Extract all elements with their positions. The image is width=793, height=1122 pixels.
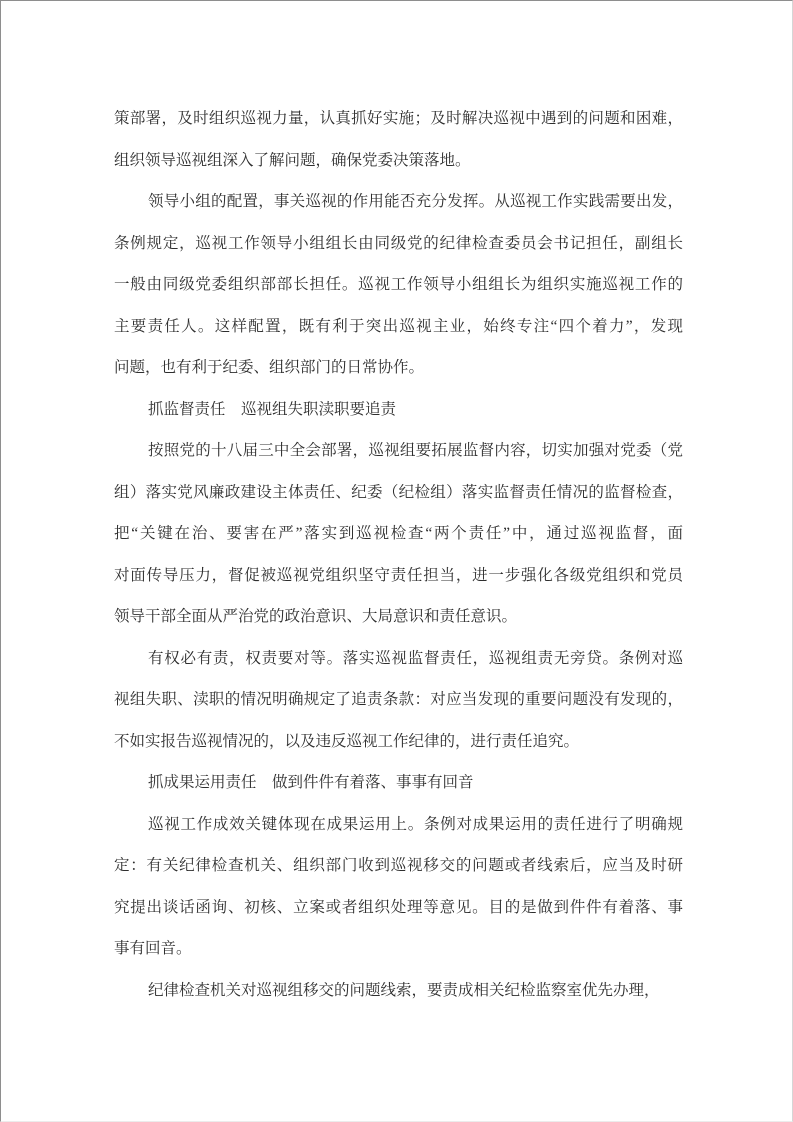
paragraph: 策部署，及时组织巡视力量，认真抓好实施；及时解决巡视中遇到的问题和困难， 组织领…	[114, 98, 683, 181]
text-line: 按照党的十八届三中全会部署，巡视组要拓展监督内容，切实加强对党委（党	[114, 430, 683, 472]
paragraph: 有权必有责，权责要对等。落实巡视监督责任，巡视组责无旁贷。条例对巡 视组失职、渎…	[114, 638, 683, 763]
text-line: 条例规定，巡视工作领导小组组长由同级党的纪律检查委员会书记担任，副组长	[114, 223, 683, 265]
text-line: 策部署，及时组织巡视力量，认真抓好实施；及时解决巡视中遇到的问题和困难，	[114, 98, 683, 140]
paragraph: 按照党的十八届三中全会部署，巡视组要拓展监督内容，切实加强对党委（党 组）落实党…	[114, 430, 683, 638]
text-line: 问题，也有利于纪委、组织部门的日常协作。	[114, 347, 683, 389]
text-line: 有权必有责，权责要对等。落实巡视监督责任，巡视组责无旁贷。条例对巡	[114, 638, 683, 680]
text-line: 领导小组的配置，事关巡视的作用能否充分发挥。从巡视工作实践需要出发，	[114, 181, 683, 223]
text-line: 究提出谈话函询、初核、立案或者组织处理等意见。目的是做到件件有着落、事	[114, 887, 683, 929]
text-line: 不如实报告巡视情况的，以及违反巡视工作纪律的，进行责任追究。	[114, 721, 683, 763]
text-line: 定：有关纪律检查机关、组织部门收到巡视移交的问题或者线索后，应当及时研	[114, 845, 683, 887]
paragraph: 纪律检查机关对巡视组移交的问题线索，要责成相关纪检监察室优先办理，	[114, 970, 683, 1012]
text-line: 领导干部全面从严治党的政治意识、大局意识和责任意识。	[114, 596, 683, 638]
text-line: 对面传导压力，督促被巡视党组织坚守责任担当，进一步强化各级党组织和党员	[114, 555, 683, 597]
text-line: 视组失职、渎职的情况明确规定了追责条款：对应当发现的重要问题没有发现的，	[114, 679, 683, 721]
section-heading-text: 抓监督责任 巡视组失职渎职要追责	[114, 389, 683, 431]
text-line: 纪律检查机关对巡视组移交的问题线索，要责成相关纪检监察室优先办理，	[114, 970, 683, 1012]
paragraph: 领导小组的配置，事关巡视的作用能否充分发挥。从巡视工作实践需要出发， 条例规定，…	[114, 181, 683, 389]
section-heading-text: 抓成果运用责任 做到件件有着落、事事有回音	[114, 762, 683, 804]
text-line: 主要责任人。这样配置，既有利于突出巡视主业，始终专注“四个着力”，发现	[114, 306, 683, 348]
section-heading: 抓监督责任 巡视组失职渎职要追责	[114, 389, 683, 431]
text-line: 把“关键在治、要害在严”落实到巡视检查“两个责任”中，通过巡视监督，面	[114, 513, 683, 555]
paragraph: 巡视工作成效关键体现在成果运用上。条例对成果运用的责任进行了明确规 定：有关纪律…	[114, 804, 683, 970]
text-line: 组织领导巡视组深入了解问题，确保党委决策落地。	[114, 140, 683, 182]
text-line: 事有回音。	[114, 928, 683, 970]
document-page: 策部署，及时组织巡视力量，认真抓好实施；及时解决巡视中遇到的问题和困难， 组织领…	[0, 0, 793, 1122]
text-line: 一般由同级党委组织部部长担任。巡视工作领导小组组长为组织实施巡视工作的	[114, 264, 683, 306]
text-line: 巡视工作成效关键体现在成果运用上。条例对成果运用的责任进行了明确规	[114, 804, 683, 846]
document-body: 策部署，及时组织巡视力量，认真抓好实施；及时解决巡视中遇到的问题和困难， 组织领…	[114, 98, 683, 1011]
section-heading: 抓成果运用责任 做到件件有着落、事事有回音	[114, 762, 683, 804]
text-line: 组）落实党风廉政建设主体责任、纪委（纪检组）落实监督责任情况的监督检查，	[114, 472, 683, 514]
